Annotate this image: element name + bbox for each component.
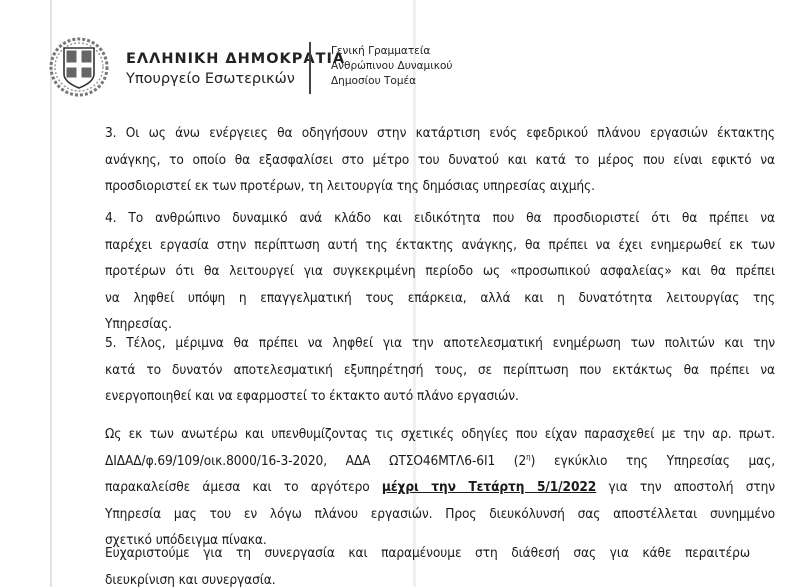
header-divider [309,42,311,94]
reference-line: ΔΙΔΑΔ/φ.69/109/οικ.8000/16-3-2020, ΑΔΑ Ω… [105,448,775,475]
greek-coat-of-arms-icon [48,36,110,98]
org-title: ΕΛΛΗΝΙΚΗ ΔΗΜΟΚΡΑΤΙΑ [126,50,345,68]
ministry-name: Υπουργείο Εσωτερικών [126,70,345,88]
deadline-line: παρακαλείσθε άμεσα και το αργότερο μέχρι… [105,474,775,501]
department-name: Γενική Γραμματεία Ανθρώπινου Δυναμικού Δ… [331,44,452,89]
letterhead: ΕΛΛΗΝΙΚΗ ΔΗΜΟΚΡΑΤΙΑ Υπουργείο Εσωτερικών… [48,36,608,106]
paragraph-request: Ως εκ των ανωτέρω και υπενθυμίζοντας τις… [105,421,775,554]
paragraph-4: 4. Το ανθρώπινο δυναμικό ανά κλάδο και ε… [105,205,775,338]
deadline-date: μέχρι την Τετάρτη 5/1/2022 [382,479,596,495]
organization-block: ΕΛΛΗΝΙΚΗ ΔΗΜΟΚΡΑΤΙΑ Υπουργείο Εσωτερικών [126,50,345,88]
paragraph-closing: Ευχαριστούμε για τη συνεργασία και παραμ… [105,540,775,587]
paragraph-5: 5. Τέλος, μέριμνα θα πρέπει να ληφθεί γι… [105,330,775,410]
paragraph-3: 3. Οι ως άνω ενέργειες θα οδηγήσουν στην… [105,120,775,200]
